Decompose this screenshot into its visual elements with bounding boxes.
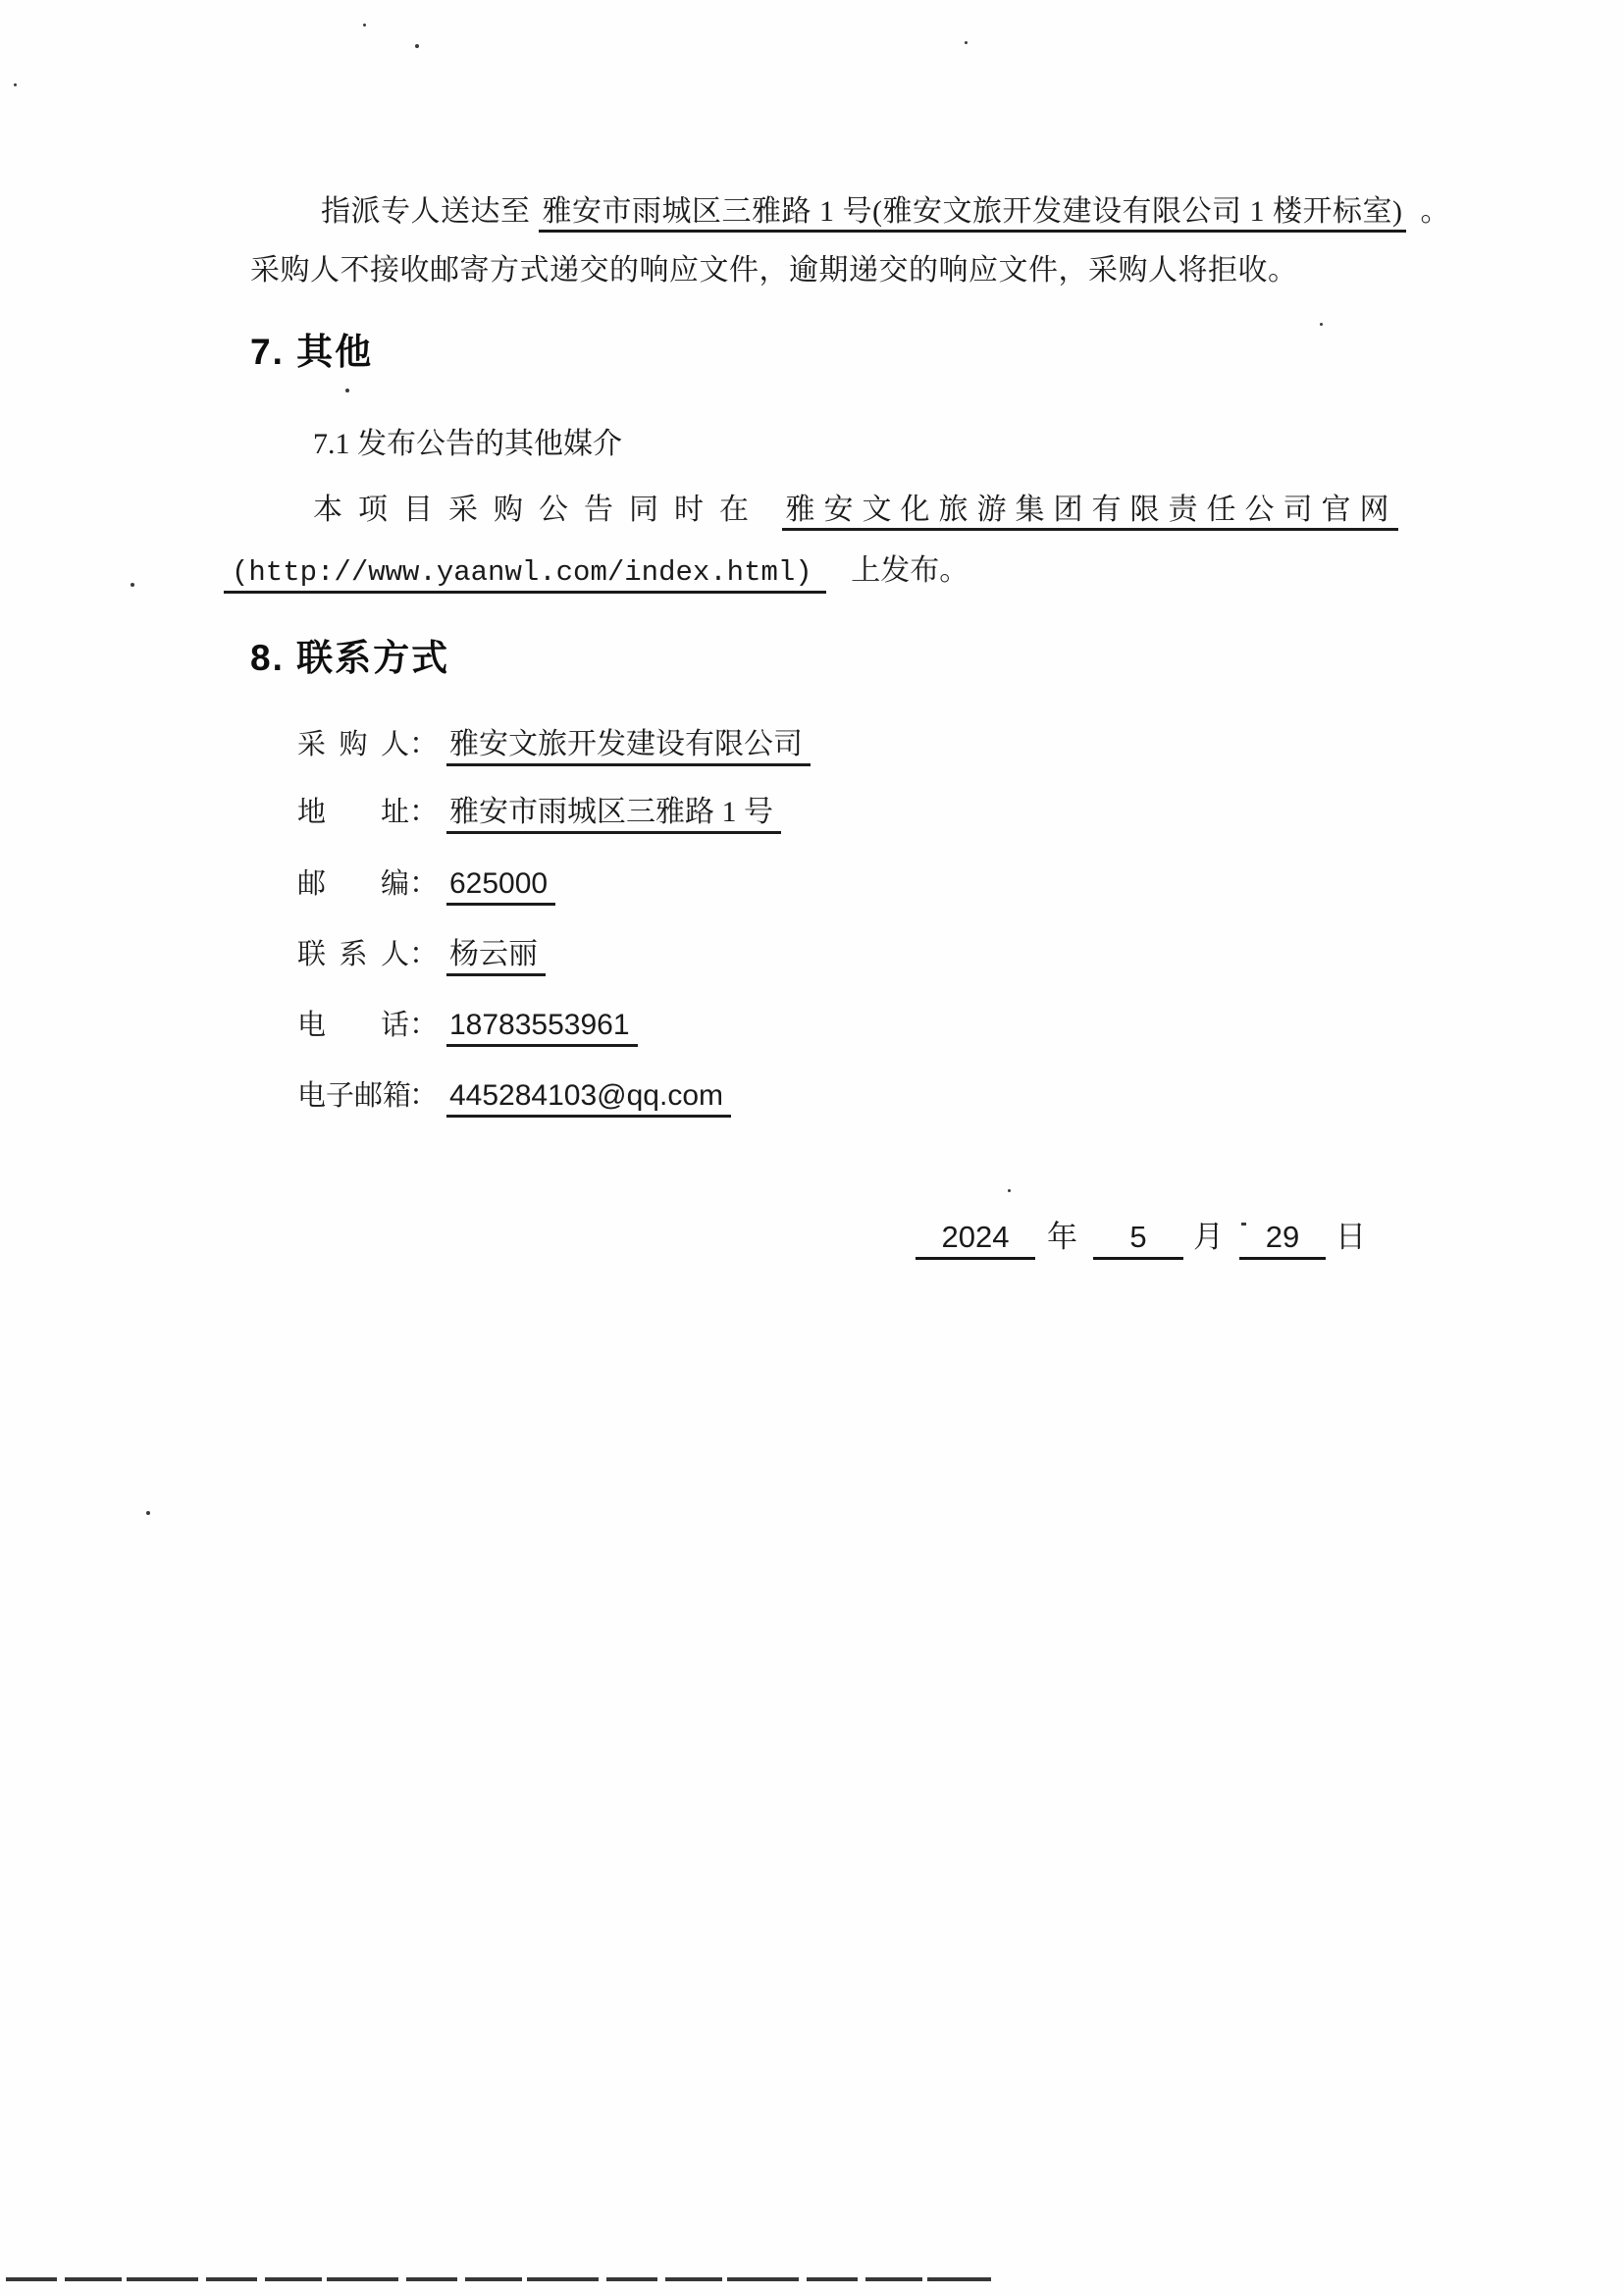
date-year: 2024 [916, 1220, 1035, 1260]
contact-label: 电子邮箱 [297, 1073, 409, 1114]
date-month-unit: 月 [1193, 1212, 1224, 1256]
contact-value: 625000 [446, 867, 555, 906]
scan-artifact-line [6, 2277, 991, 2281]
publish-paragraph-line1: 本项目采购公告同时在 雅安文化旅游集团有限责任公司官网 [313, 492, 1398, 529]
section-7-heading: 7. 其他 [250, 322, 373, 375]
publish-url-underlined: (http://www.yaanwl.com/index.html) [224, 556, 826, 594]
contact-colon: ： [409, 867, 439, 900]
contact-row-email: 电子邮箱：445284103@qq.com [297, 1070, 731, 1114]
publish-lead-text: 本项目采购公告同时在 [313, 494, 764, 526]
section-7-1-subheading: 7.1 发布公告的其他媒介 [313, 426, 622, 463]
publish-site-underlined: 雅安文化旅游集团有限责任公司官网 [782, 494, 1398, 531]
date-day-unit: 日 [1335, 1212, 1366, 1256]
publish-tail-text: 上发布。 [851, 554, 969, 587]
delivery-lead-text: 指派专人送达至 [321, 195, 531, 228]
document-page: 指派专人送达至 雅安市雨城区三雅路 1 号(雅安文旅开发建设有限公司 1 楼开标… [0, 0, 1623, 2296]
contact-value: 445284103@qq.com [446, 1079, 731, 1118]
contact-value: 杨云丽 [446, 938, 546, 976]
contact-row-purchaser: 采购人：雅安文旅开发建设有限公司 [297, 719, 811, 762]
date-year-unit: 年 [1047, 1212, 1077, 1256]
contact-label: 联系人 [297, 932, 409, 972]
date-day: 29 [1239, 1220, 1326, 1260]
contact-value: 雅安文旅开发建设有限公司 [446, 728, 811, 766]
section-8-heading: 8. 联系方式 [250, 628, 449, 681]
contact-value: 18783553961 [446, 1009, 638, 1047]
contact-label: 邮编 [297, 861, 409, 902]
scan-speck [1008, 1189, 1011, 1192]
contact-colon: ： [409, 1079, 439, 1112]
delivery-paragraph-line1: 指派专人送达至 雅安市雨城区三雅路 1 号(雅安文旅开发建设有限公司 1 楼开标… [250, 193, 1450, 231]
scan-speck [1241, 1223, 1246, 1226]
delivery-paragraph-line2: 采购人不接收邮寄方式递交的响应文件，逾期递交的响应文件，采购人将拒收。 [250, 252, 1298, 289]
scan-speck [415, 44, 419, 48]
contact-row-postcode: 邮编：625000 [297, 859, 555, 902]
scan-speck [146, 1511, 150, 1515]
contact-colon: ： [409, 796, 439, 828]
delivery-period: 。 [1420, 195, 1450, 228]
delivery-address-underlined: 雅安市雨城区三雅路 1 号(雅安文旅开发建设有限公司 1 楼开标室) [539, 195, 1407, 233]
scan-speck [965, 41, 968, 44]
date-month: 5 [1093, 1220, 1183, 1260]
contact-colon: ： [409, 728, 439, 760]
scan-speck [14, 83, 17, 86]
contact-row-address: 地址：雅安市雨城区三雅路 1 号 [297, 787, 781, 830]
contact-colon: ： [409, 938, 439, 970]
contact-value: 雅安市雨城区三雅路 1 号 [446, 796, 781, 834]
contact-label: 采购人 [297, 722, 409, 762]
contact-label: 电话 [297, 1003, 409, 1043]
signature-date: 2024年5月29日 [916, 1212, 1368, 1260]
contact-row-contact-person: 联系人：杨云丽 [297, 929, 546, 972]
contact-colon: ： [409, 1009, 439, 1041]
scan-speck [1320, 323, 1323, 326]
publish-paragraph-line2: (http://www.yaanwl.com/index.html) 上发布。 [224, 552, 969, 591]
scan-speck [363, 24, 366, 26]
contact-row-phone: 电话：18783553961 [297, 1000, 638, 1043]
scan-speck [131, 583, 134, 587]
scan-speck [345, 389, 349, 392]
contact-label: 地址 [297, 790, 409, 830]
